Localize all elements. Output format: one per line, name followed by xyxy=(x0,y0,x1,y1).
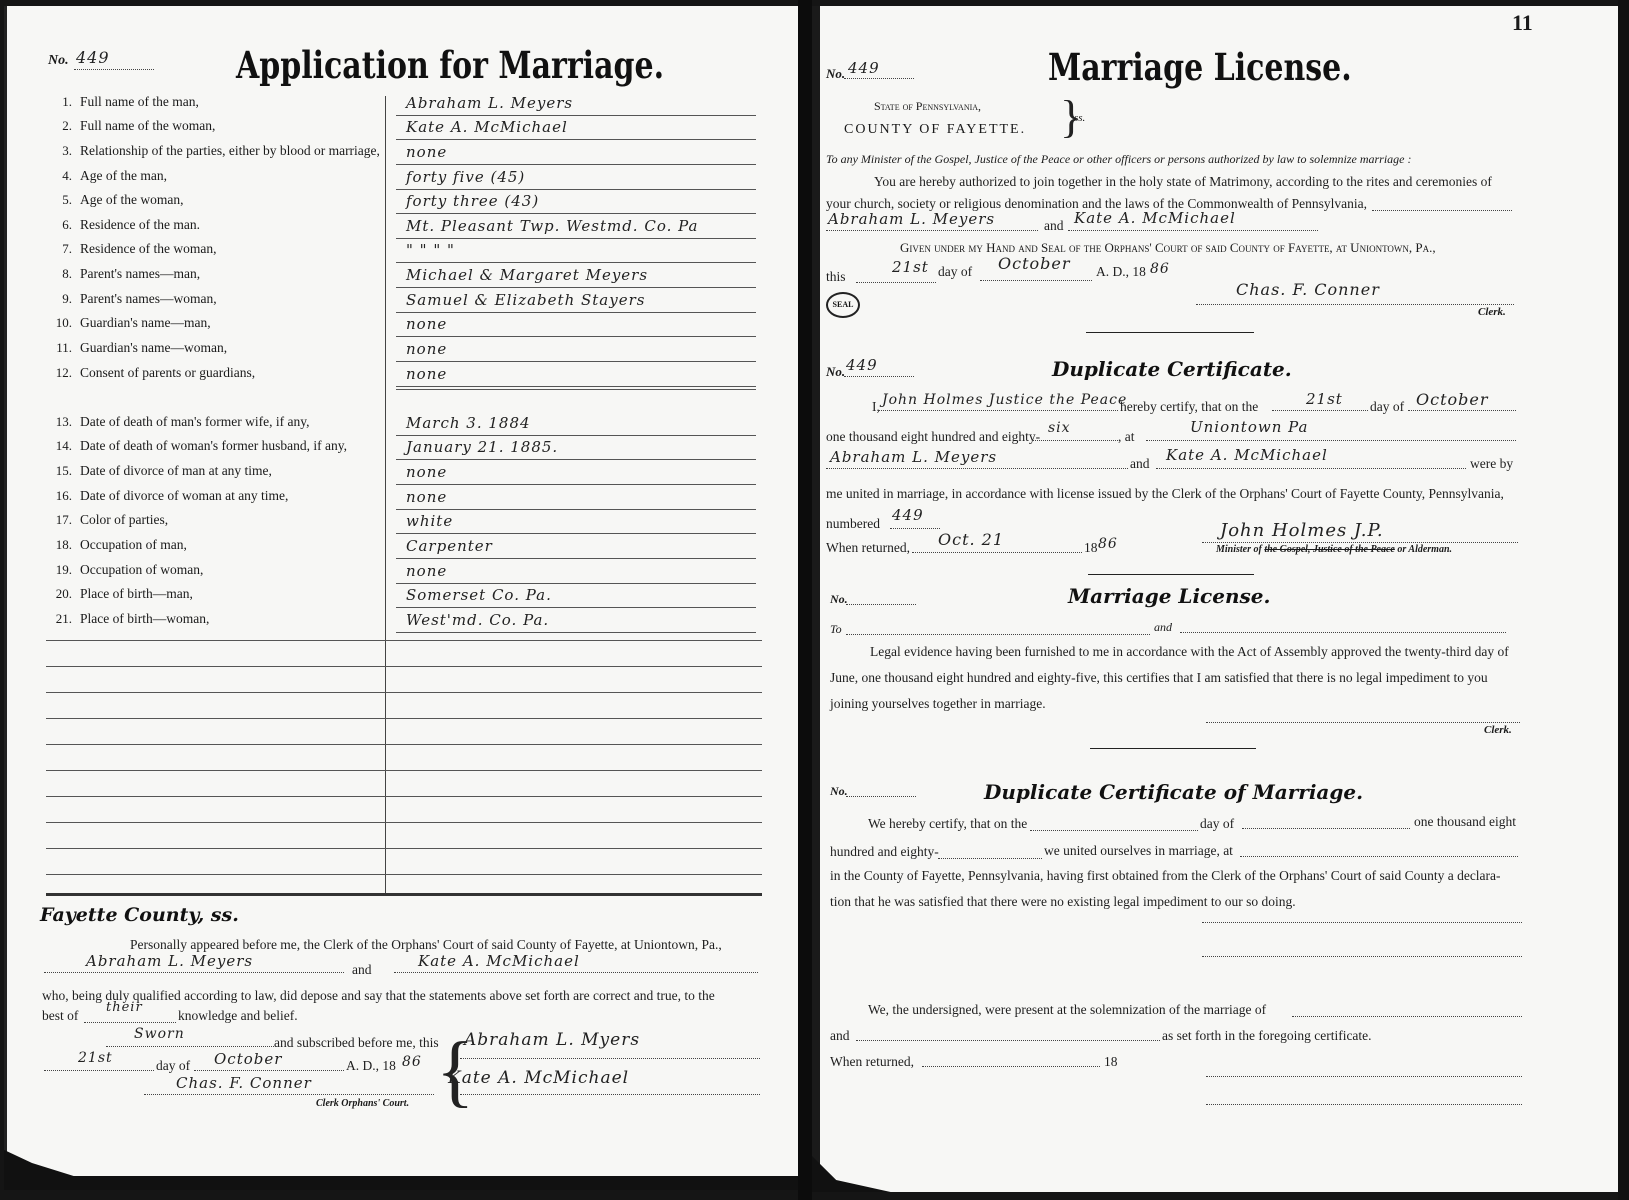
left-page-application: No. 449 Application for Marriage. 1.Full… xyxy=(4,6,798,1190)
affidavit-man-name: Abraham L. Meyers xyxy=(86,952,253,970)
license-no-value: 449 xyxy=(848,59,880,77)
row-value: forty five (45) xyxy=(406,168,525,186)
license-ss: ss. xyxy=(1074,112,1085,124)
dup-i-label: I, xyxy=(872,399,880,415)
form-row: 13.Date of death of man's former wife, i… xyxy=(4,414,764,439)
blank-license-and: and xyxy=(1154,620,1172,635)
page-number: 11 xyxy=(1512,10,1533,36)
row-number: 3. xyxy=(50,143,72,159)
row-value: none xyxy=(406,340,447,358)
dup-were-by: were by xyxy=(1470,456,1513,472)
row-number: 21. xyxy=(50,611,72,627)
row-underline xyxy=(396,361,756,362)
affidavit-best-of-value: their xyxy=(106,1000,143,1015)
affidavit-knowledge: knowledge and belief. xyxy=(178,1008,298,1024)
blank-ruled-line xyxy=(46,744,762,745)
row-underline xyxy=(396,115,756,116)
row-number: 4. xyxy=(50,168,72,184)
blank-license-body-3: joining yourselves together in marriage. xyxy=(830,696,1046,712)
affidavit-title: Fayette County, ss. xyxy=(40,904,239,926)
row-label: Full name of the man, xyxy=(80,94,199,110)
row-label: Date of death of woman's former husband,… xyxy=(80,438,347,454)
blank-ruled-line xyxy=(46,874,762,875)
row-label: Guardian's name—woman, xyxy=(80,340,227,356)
form-row: 16.Date of divorce of woman at any time,… xyxy=(4,488,764,513)
row-number: 13. xyxy=(50,414,72,430)
form-row: 9.Parent's names—woman,Samuel & Elizabet… xyxy=(4,291,764,316)
row-value: Kate A. McMichael xyxy=(406,118,568,136)
row-number: 17. xyxy=(50,512,72,528)
witness-name-line-2 xyxy=(856,1040,1160,1041)
row-label: Occupation of man, xyxy=(80,537,187,553)
sig-title-part2: or Alderman. xyxy=(1395,544,1452,555)
license-title: Marriage License. xyxy=(1048,46,1352,90)
row-number: 15. xyxy=(50,463,72,479)
dup-place-value: Uniontown Pa xyxy=(1190,418,1308,436)
license-man-name: Abraham L. Meyers xyxy=(828,210,995,228)
row-value: none xyxy=(406,562,447,580)
row-underline xyxy=(396,509,756,510)
row-underline xyxy=(396,262,756,263)
dup-numbered-underline xyxy=(890,528,940,529)
dup-officiant: John Holmes Justice the Peace xyxy=(882,392,1127,408)
row-underline xyxy=(396,238,756,239)
blank-ruled-line xyxy=(46,822,762,823)
affidavit-year-value: 86 xyxy=(402,1054,422,1070)
row-underline xyxy=(396,533,756,534)
dup-divider xyxy=(1088,574,1254,575)
row-number: 8. xyxy=(50,266,72,282)
dup-man-underline xyxy=(826,468,1128,469)
row-label: Age of the woman, xyxy=(80,192,183,208)
book-gutter xyxy=(798,0,812,1200)
form-row: 15.Date of divorce of man at any time,no… xyxy=(4,463,764,488)
application-title: Application for Marriage. xyxy=(236,44,664,88)
dup-returned-year-prefix: 18 xyxy=(1084,540,1098,556)
form-row: 14.Date of death of woman's former husba… xyxy=(4,438,764,463)
form-row: 6.Residence of the man.Mt. Pleasant Twp.… xyxy=(4,217,764,242)
form-row: 17.Color of parties,white xyxy=(4,512,764,537)
license-clerk-signature: Chas. F. Conner xyxy=(1236,280,1380,299)
blank-license-body-2: June, one thousand eight hundred and eig… xyxy=(830,670,1488,686)
license-month-underline xyxy=(980,280,1092,281)
row-number: 1. xyxy=(50,94,72,110)
signature-man: Abraham L. Myers xyxy=(464,1030,640,1050)
row-label: Occupation of woman, xyxy=(80,562,203,578)
dup-officiant-underline xyxy=(878,410,1118,411)
row-value: none xyxy=(406,488,447,506)
blank-ruled-line xyxy=(46,796,762,797)
row-label: Guardian's name—man, xyxy=(80,315,211,331)
best-of-underline xyxy=(84,1022,176,1023)
license-address: To any Minister of the Gospel, Justice o… xyxy=(826,152,1412,167)
dup-returned-underline xyxy=(912,552,1082,553)
witness-name-line-1 xyxy=(1292,1016,1522,1017)
dup-returned-year-value: 86 xyxy=(1098,536,1118,552)
right-page-bottom-shadow xyxy=(812,1156,1618,1192)
affidavit-month-value: October xyxy=(214,1050,282,1068)
affidavit-day-value: 21st xyxy=(78,1050,113,1066)
row-number: 19. xyxy=(50,562,72,578)
affidavit-day-of: day of xyxy=(156,1058,190,1074)
witness-when-returned: When returned, xyxy=(830,1054,914,1070)
witness-sig-line-2 xyxy=(1206,1104,1522,1105)
witness-line-1: We, the undersigned, were present at the… xyxy=(868,1002,1266,1018)
blank-license-clerk-line xyxy=(1206,722,1520,723)
blank-license-no-underline xyxy=(846,604,916,605)
affidavit-intro: Personally appeared before me, the Clerk… xyxy=(130,937,722,953)
row-number: 18. xyxy=(50,537,72,553)
row-value: " " " " xyxy=(406,241,455,259)
row-value: Carpenter xyxy=(406,537,493,555)
row-label: Residence of the man. xyxy=(80,217,200,233)
seal-icon: SEAL xyxy=(826,292,860,318)
row-underline xyxy=(396,558,756,559)
row-label: Date of death of man's former wife, if a… xyxy=(80,414,309,430)
dup-numbered: numbered xyxy=(826,516,880,532)
form-row: 21.Place of birth—woman,West'md. Co. Pa. xyxy=(4,611,764,636)
row-underline xyxy=(396,583,756,584)
dup-certify: hereby certify, that on the xyxy=(1120,399,1258,415)
signature-man-line xyxy=(460,1058,760,1059)
row-label: Place of birth—woman, xyxy=(80,611,209,627)
blank-cert-line1c: one thousand eight xyxy=(1414,814,1516,830)
dup-year-prefix: one thousand eight hundred and eighty- xyxy=(826,429,1040,445)
license-month-value: October xyxy=(998,254,1071,273)
row-value: white xyxy=(406,512,453,530)
dup-place-underline xyxy=(1146,440,1516,441)
clerk-signature: Chas. F. Conner xyxy=(176,1074,312,1092)
row-number: 6. xyxy=(50,217,72,233)
row-value: Michael & Margaret Meyers xyxy=(406,266,648,284)
form-row: 1.Full name of the man,Abraham L. Meyers xyxy=(4,94,764,119)
sig-title-part1: Minister of xyxy=(1216,544,1264,555)
blank-cert-place-line xyxy=(1240,856,1518,857)
application-no-underline xyxy=(74,69,154,70)
license-body-2-line xyxy=(1372,210,1512,211)
affidavit-woman-name: Kate A. McMichael xyxy=(418,952,580,970)
row-underline xyxy=(396,607,756,608)
blank-ruled-line xyxy=(46,640,762,641)
license-day-of: day of xyxy=(938,264,972,280)
affidavit-best-of: best of xyxy=(42,1008,78,1024)
blank-cert-month-line xyxy=(1242,828,1410,829)
row-label: Age of the man, xyxy=(80,168,167,184)
dup-year-value: six xyxy=(1048,420,1071,436)
form-row: 8.Parent's names—man,Michael & Margaret … xyxy=(4,266,764,291)
dup-month-value: October xyxy=(1416,390,1489,409)
dup-woman-underline xyxy=(1156,468,1466,469)
license-woman-underline xyxy=(1068,230,1318,231)
row-underline xyxy=(396,312,756,313)
row-number: 10. xyxy=(50,315,72,331)
license-man-underline xyxy=(826,230,1038,231)
right-page-license: 11 No. 449 Marriage License. State of Pe… xyxy=(812,6,1618,1192)
dup-title: Duplicate Certificate. xyxy=(1052,357,1292,381)
row-label: Relationship of the parties, either by b… xyxy=(80,143,380,159)
dup-day-of: day of xyxy=(1370,399,1404,415)
dup-signature-title: Minister of the Gospel, Justice of the P… xyxy=(1216,544,1452,555)
row-label: Date of divorce of woman at any time, xyxy=(80,488,288,504)
dup-day-underline xyxy=(1272,410,1368,411)
affidavit-month-underline xyxy=(194,1070,344,1071)
blank-cert-no-underline xyxy=(846,796,916,797)
row-number: 20. xyxy=(50,586,72,602)
row-number: 11. xyxy=(50,340,72,356)
form-row: 3.Relationship of the parties, either by… xyxy=(4,143,764,168)
license-no-underline xyxy=(844,78,914,79)
license-ad: A. D., 18 xyxy=(1096,264,1146,280)
dup-body: me united in marriage, in accordance wit… xyxy=(826,486,1504,502)
row-underline xyxy=(396,632,756,633)
row-underline xyxy=(396,287,756,288)
affidavit-man-underline xyxy=(44,972,344,973)
dup-year-underline xyxy=(1032,440,1118,441)
license-woman-name: Kate A. McMichael xyxy=(1074,209,1236,227)
blank-cert-day-line xyxy=(1030,830,1198,831)
row-number: 12. xyxy=(50,365,72,381)
affidavit-statement: who, being duly qualified according to l… xyxy=(42,988,715,1004)
license-county: COUNTY OF FAYETTE. xyxy=(844,122,1026,138)
row-value: March 3. 1884 xyxy=(406,414,531,432)
license-clerk-line xyxy=(1196,304,1514,305)
application-no-value: 449 xyxy=(76,48,110,67)
row-underline xyxy=(396,435,756,436)
dup-no-value: 449 xyxy=(846,356,878,374)
blank-license-title: Marriage License. xyxy=(1068,584,1270,608)
blank-ruled-line xyxy=(46,718,762,719)
dup-signature: John Holmes J.P. xyxy=(1220,520,1384,541)
blank-ruled-line xyxy=(46,692,762,693)
row-value: none xyxy=(406,365,447,383)
blank-license-to: To xyxy=(830,622,842,637)
blank-cert-line1a: We hereby certify, that on the xyxy=(868,816,1027,832)
row-label: Parent's names—woman, xyxy=(80,291,217,307)
blank-license-body-1: Legal evidence having been furnished to … xyxy=(870,644,1509,660)
row-underline xyxy=(396,189,756,190)
blank-cert-year-line xyxy=(938,858,1042,859)
sworn-underline xyxy=(106,1046,274,1047)
license-body-1: You are hereby authorized to join togeth… xyxy=(874,174,1492,190)
row-underline xyxy=(396,386,756,387)
dup-numbered-value: 449 xyxy=(892,506,924,524)
row-label: Parent's names—man, xyxy=(80,266,200,282)
row-value: forty three (43) xyxy=(406,192,539,210)
witness-returned-line xyxy=(922,1066,1100,1067)
subscribed-text: and subscribed before me, this xyxy=(274,1035,439,1051)
row-number: 16. xyxy=(50,488,72,504)
row-label: Residence of the woman, xyxy=(80,241,216,257)
dup-at: , at xyxy=(1118,429,1135,445)
blank-ruled-line xyxy=(396,389,756,390)
license-divider xyxy=(1086,332,1254,333)
page-bottom-shadow xyxy=(4,1176,798,1190)
clerk-signature-line xyxy=(144,1094,434,1095)
row-value: none xyxy=(406,315,447,333)
row-underline xyxy=(396,336,756,337)
signature-woman: Kate A. McMichael xyxy=(448,1068,629,1088)
license-day-value: 21st xyxy=(892,258,929,276)
form-row: 18.Occupation of man,Carpenter xyxy=(4,537,764,562)
license-state: State of Pennsylvania, xyxy=(874,99,981,114)
witness-sig-line-1 xyxy=(1206,1076,1522,1077)
row-number: 2. xyxy=(50,118,72,134)
affidavit-woman-underline xyxy=(394,972,758,973)
row-value: none xyxy=(406,143,447,161)
dup-signature-line xyxy=(1202,542,1518,543)
blank-ruled-line xyxy=(46,848,762,849)
license-given: Given under my Hand and Seal of the Orph… xyxy=(900,240,1436,256)
form-row: 20.Place of birth—man,Somerset Co. Pa. xyxy=(4,586,764,611)
affidavit-day-underline xyxy=(44,1070,154,1071)
form-row: 2.Full name of the woman,Kate A. McMicha… xyxy=(4,118,764,143)
row-number: 5. xyxy=(50,192,72,208)
row-label: Color of parties, xyxy=(80,512,168,528)
row-underline xyxy=(396,484,756,485)
row-number: 14. xyxy=(50,438,72,454)
blank-license-and-line xyxy=(1180,632,1506,633)
license-no-label: No. xyxy=(826,66,845,82)
signature-woman-line xyxy=(460,1094,760,1095)
blank-license-divider xyxy=(1090,748,1256,749)
clerk-title: Clerk Orphans' Court. xyxy=(316,1098,409,1109)
blank-cert-line2a: hundred and eighty- xyxy=(830,844,939,860)
row-label: Date of divorce of man at any time, xyxy=(80,463,272,479)
license-and: and xyxy=(1044,218,1064,234)
form-row: 12.Consent of parents or guardians,none xyxy=(4,365,764,390)
dup-returned-value: Oct. 21 xyxy=(938,530,1004,549)
dup-when-returned: When returned, xyxy=(826,540,910,556)
row-underline xyxy=(396,459,756,460)
blank-cert-sig-line-1 xyxy=(1202,922,1522,923)
row-value: January 21. 1885. xyxy=(406,438,558,456)
witness-line-2: as set forth in the foregoing certificat… xyxy=(1162,1028,1372,1044)
row-value: Somerset Co. Pa. xyxy=(406,586,552,604)
row-value: Mt. Pleasant Twp. Westmd. Co. Pa xyxy=(406,217,698,235)
blank-license-to-line xyxy=(846,634,1150,635)
section-divider xyxy=(46,893,762,896)
right-edge-border xyxy=(1618,0,1629,1200)
row-number: 7. xyxy=(50,241,72,257)
license-clerk-label: Clerk. xyxy=(1478,306,1506,318)
dup-woman-name: Kate A. McMichael xyxy=(1166,446,1328,464)
sig-title-struck: the Gospel, Justice of the Peace xyxy=(1264,544,1395,555)
right-page-inner-shadow xyxy=(812,6,820,1192)
row-underline xyxy=(396,164,756,165)
form-row: 5.Age of the woman,forty three (43) xyxy=(4,192,764,217)
row-value: Abraham L. Meyers xyxy=(406,94,573,112)
blank-ruled-line xyxy=(46,770,762,771)
license-day-underline xyxy=(856,282,936,283)
dup-man-name: Abraham L. Meyers xyxy=(830,448,997,466)
blank-ruled-line xyxy=(46,666,762,667)
blank-cert-line2b: we united ourselves in marriage, at xyxy=(1044,843,1233,859)
blank-license-clerk-label: Clerk. xyxy=(1484,724,1512,736)
application-no-label: No. xyxy=(48,53,69,69)
form-row: 11.Guardian's name—woman,none xyxy=(4,340,764,365)
form-row: 10.Guardian's name—man,none xyxy=(4,315,764,340)
row-label: Full name of the woman, xyxy=(80,118,215,134)
blank-cert-sig-line-2 xyxy=(1202,956,1522,957)
dup-month-underline xyxy=(1408,410,1516,411)
row-underline xyxy=(396,139,756,140)
row-number: 9. xyxy=(50,291,72,307)
blank-cert-line1b: day of xyxy=(1200,816,1234,832)
license-year-value: 86 xyxy=(1150,261,1170,277)
blank-cert-title: Duplicate Certificate of Marriage. xyxy=(984,780,1363,804)
blank-cert-line3: in the County of Fayette, Pennsylvania, … xyxy=(830,868,1501,884)
row-value: West'md. Co. Pa. xyxy=(406,611,549,629)
dup-day-value: 21st xyxy=(1306,390,1343,408)
form-row: 19.Occupation of woman,none xyxy=(4,562,764,587)
affidavit-ad: A. D., 18 xyxy=(346,1058,396,1074)
witness-and: and xyxy=(830,1028,850,1044)
form-row: 7.Residence of the woman," " " " xyxy=(4,241,764,266)
row-value: Samuel & Elizabeth Stayers xyxy=(406,291,645,309)
row-label: Place of birth—man, xyxy=(80,586,193,602)
witness-year-prefix: 18 xyxy=(1104,1054,1118,1070)
license-this: this xyxy=(826,269,846,285)
row-underline xyxy=(396,213,756,214)
form-row: 4.Age of the man,forty five (45) xyxy=(4,168,764,193)
row-label: Consent of parents or guardians, xyxy=(80,365,255,381)
dup-no-label: No. xyxy=(826,364,845,380)
affidavit-and: and xyxy=(352,962,372,978)
sworn-value: Sworn xyxy=(134,1026,185,1042)
blank-cert-line4: tion that he was satisfied that there we… xyxy=(830,894,1296,910)
dup-no-underline xyxy=(844,376,914,377)
row-value: none xyxy=(406,463,447,481)
dup-and: and xyxy=(1130,456,1150,472)
